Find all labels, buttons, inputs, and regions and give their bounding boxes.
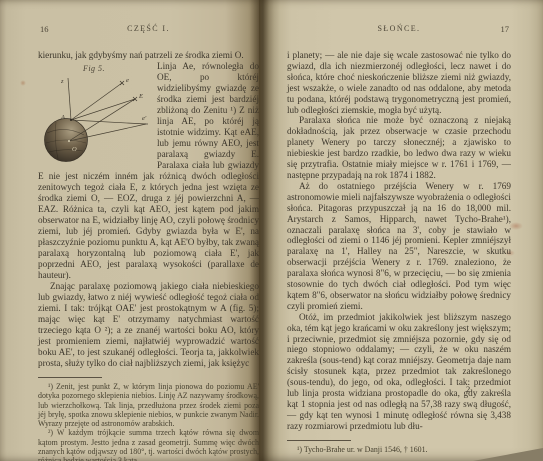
right-page: SŁOŃCE. 17 i planety; — ale nie daje się… (259, 0, 543, 461)
left-footnotes: ¹) Zenit, jest punkt Z, w którym linja p… (38, 382, 259, 461)
running-title-right: SŁOŃCE. (378, 24, 421, 33)
paragraph-3: Aż do ostatniego przéjścia Wenery w r. 1… (287, 181, 511, 312)
foxing-stain (509, 222, 523, 230)
figure-label-E: E (138, 93, 143, 100)
left-page: 16 CZĘŚĆ I. kierunku, jak gdybyśmy nań p… (0, 0, 259, 461)
figure-label-e-prime: e' (142, 115, 147, 122)
footnote-2: ²) W każdym trójkącie summa trzech kątów… (38, 428, 259, 461)
earth-globe (45, 119, 88, 162)
footnote-rule-right (287, 440, 351, 441)
point-O-dot (68, 140, 70, 142)
right-page-content: SŁOŃCE. 17 i planety; — ale nie daje się… (287, 24, 511, 454)
figure-5: Fig 5. (38, 63, 150, 168)
left-page-header: 16 CZĘŚĆ I. (38, 24, 259, 37)
running-title-left: CZĘŚĆ I. (127, 24, 170, 33)
right-body-text: i planety; — ale nie daje się wcale zast… (287, 50, 511, 432)
page-corner-cut (473, 448, 543, 461)
figure-caption: Fig 5. (38, 63, 150, 74)
left-page-number: 16 (40, 24, 49, 34)
right-page-number: 17 (501, 24, 510, 34)
paragraph-1: i planety; — ale nie daje się wcale zast… (287, 50, 511, 115)
left-page-content: 16 CZĘŚĆ I. kierunku, jak gdybyśmy nań p… (38, 24, 259, 461)
figure-label-A: A (60, 114, 65, 121)
signature-mark: 2 (466, 384, 470, 394)
right-page-header: SŁOŃCE. 17 (287, 24, 511, 37)
footnote-rule-left (38, 377, 102, 378)
paragraph-2: Znając paralaxę poziomową jakiego ciała … (38, 281, 259, 369)
footnote-1: ¹) Zenit, jest punkt Z, w którym linja p… (38, 382, 259, 428)
left-body-text: kierunku, jak gdybyśmy nań patrzeli ze ś… (38, 50, 259, 369)
figure-label-e: e (126, 77, 129, 84)
point-A-dot (70, 119, 72, 121)
figure-label-z: z (60, 78, 64, 85)
paragraph-2: Paralaxa słońca nie może być oznaczoną z… (287, 115, 511, 180)
figure-label-O: O (72, 146, 77, 153)
foxing-stain (20, 80, 26, 86)
parallax-figure-svg: z e E e' A O (38, 75, 150, 165)
paragraph-4: Otóż, im przedmiot jakikolwiek jest bliż… (287, 312, 511, 432)
paragraph-lead-line: kierunku, jak gdybyśmy nań patrzeli ze ś… (38, 50, 259, 61)
